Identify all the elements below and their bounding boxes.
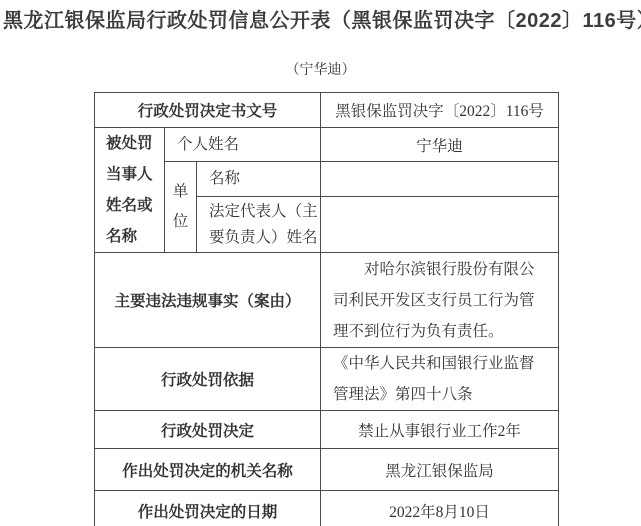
authority-label: 作出处罚决定的机关名称: [95, 449, 321, 491]
party-group-header-line: 当事人: [106, 159, 164, 190]
unit-group-header-char: 单: [165, 177, 196, 207]
unit-name-value: [321, 162, 559, 197]
document-page: 黑龙江银保监局行政处罚信息公开表（黑银保监罚决字〔2022〕116号） （宁华迪…: [0, 8, 641, 526]
legal-rep-value: [321, 197, 559, 253]
doc-number-label: 行政处罚决定书文号: [95, 93, 321, 128]
party-group-header-line: 名称: [106, 221, 164, 252]
unit-group-header-char: 位: [165, 207, 196, 237]
date-label: 作出处罚决定的日期: [95, 491, 321, 526]
unit-group-header: 单 位: [165, 162, 197, 253]
unit-name-label: 名称: [197, 162, 321, 197]
doc-number-value: 黑银保监罚决字〔2022〕116号: [321, 93, 559, 128]
penalty-table: 行政处罚决定书文号 黑银保监罚决字〔2022〕116号 被处罚 当事人 姓名或 …: [94, 92, 559, 526]
table-row-basis: 行政处罚依据 《中华人民共和国银行业监督管理法》第四十八条: [95, 348, 559, 411]
basis-value: 《中华人民共和国银行业监督管理法》第四十八条: [321, 348, 559, 411]
table-row-unit-name: 单 位 名称: [95, 162, 559, 197]
table-row-doc-number: 行政处罚决定书文号 黑银保监罚决字〔2022〕116号: [95, 93, 559, 128]
personal-name-value: 宁华迪: [321, 128, 559, 162]
authority-value: 黑龙江银保监局: [321, 449, 559, 491]
decision-label: 行政处罚决定: [95, 411, 321, 449]
decision-value: 禁止从事银行业工作2年: [321, 411, 559, 449]
violation-value: 对哈尔滨银行股份有限公司利民开发区支行员工行为管理不到位行为负有责任。: [321, 253, 559, 348]
page-title: 黑龙江银保监局行政处罚信息公开表（黑银保监罚决字〔2022〕116号）: [3, 8, 641, 34]
personal-name-label: 个人姓名: [165, 128, 321, 162]
party-group-header-line: 被处罚: [106, 128, 164, 159]
table-row-violation: 主要违法违规事实（案由） 对哈尔滨银行股份有限公司利民开发区支行员工行为管理不到…: [95, 253, 559, 348]
table-row-date: 作出处罚决定的日期 2022年8月10日: [95, 491, 559, 526]
table-row-personal-name: 被处罚 当事人 姓名或 名称 个人姓名 宁华迪: [95, 128, 559, 162]
basis-label: 行政处罚依据: [95, 348, 321, 411]
table-row-decision: 行政处罚决定 禁止从事银行业工作2年: [95, 411, 559, 449]
table-row-authority: 作出处罚决定的机关名称 黑龙江银保监局: [95, 449, 559, 491]
legal-rep-label: 法定代表人（主要负责人）姓名: [197, 197, 321, 253]
violation-label: 主要违法违规事实（案由）: [95, 253, 321, 348]
party-group-header-line: 姓名或: [106, 190, 164, 221]
party-group-header: 被处罚 当事人 姓名或 名称: [95, 128, 165, 253]
page-subtitle: （宁华迪）: [0, 59, 641, 79]
date-value: 2022年8月10日: [321, 491, 559, 526]
